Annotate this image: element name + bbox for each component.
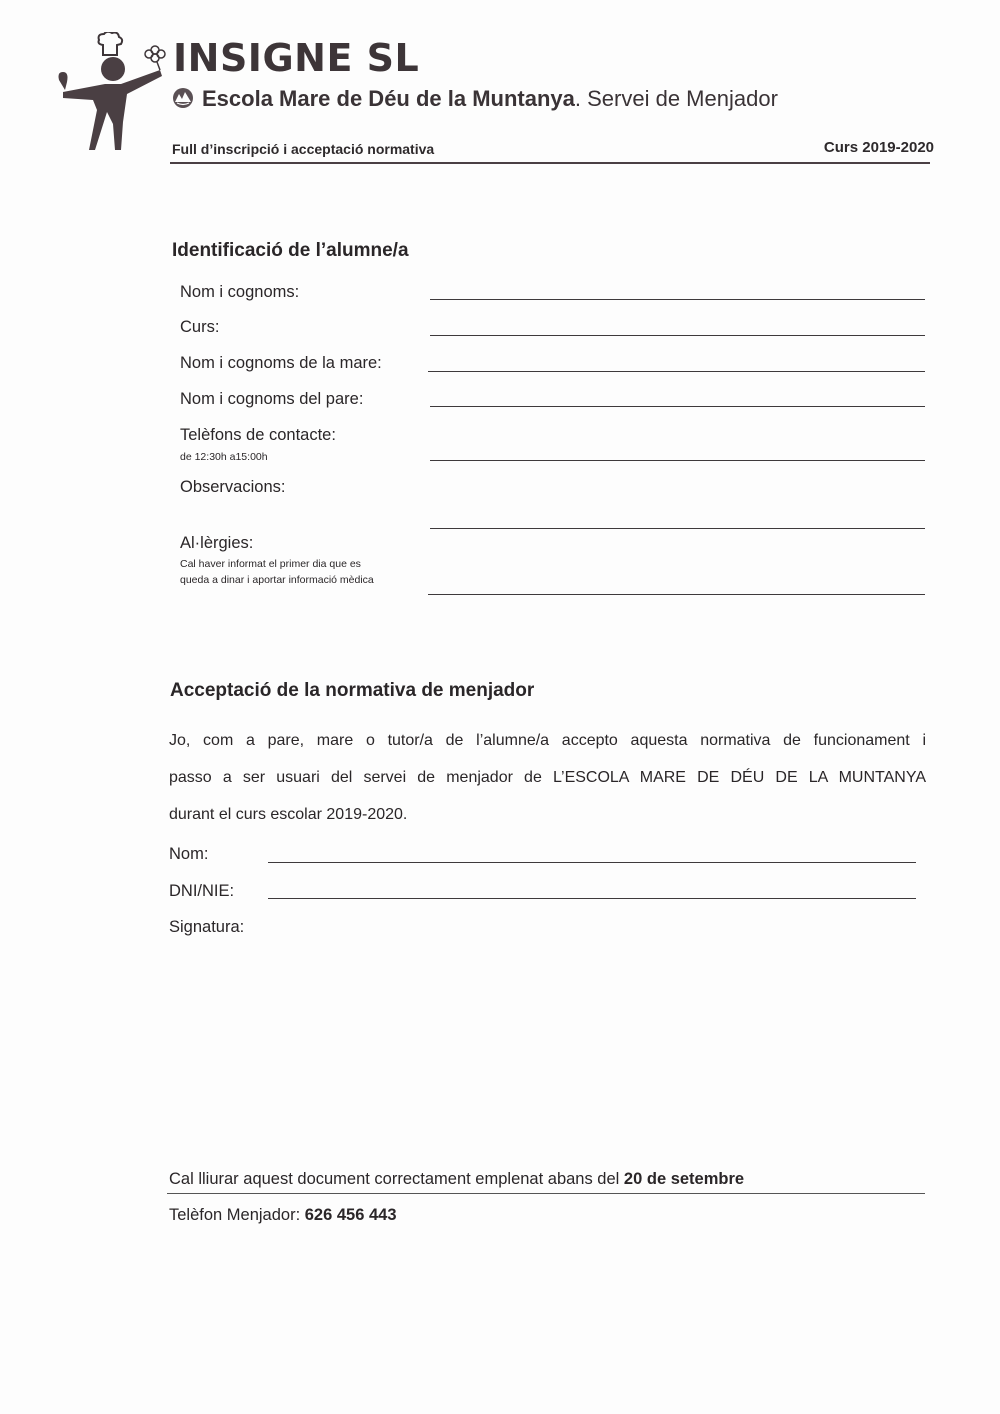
full-name-field[interactable] bbox=[430, 299, 925, 300]
phone-label: Telèfon Menjador: bbox=[169, 1206, 305, 1224]
field-label-contact-phones: Telèfons de contacte: bbox=[180, 426, 336, 445]
allergies-note-line1: Cal haver informat el primer dia que es bbox=[180, 556, 361, 572]
service-name: . Servei de Menjador bbox=[575, 86, 778, 111]
student-section-title: Identificació de l’alumne/a bbox=[172, 240, 409, 262]
field-label-signature: Signatura: bbox=[169, 918, 244, 937]
footer-divider bbox=[167, 1193, 925, 1194]
allergies-field[interactable] bbox=[428, 594, 925, 595]
field-label-name: Nom: bbox=[169, 845, 208, 864]
field-label-dni: DNI/NIE: bbox=[169, 882, 234, 901]
allergies-note-line2: queda a dinar i aportar informació mèdic… bbox=[180, 572, 374, 588]
contact-hours-note: de 12:30h a15:00h bbox=[180, 449, 268, 465]
deadline-notice: Cal lliurar aquest document correctament… bbox=[169, 1170, 744, 1189]
acceptance-paragraph-line1: Jo, com a pare, mare o tutor/a de l’alum… bbox=[169, 732, 926, 750]
father-name-field[interactable] bbox=[430, 406, 925, 407]
field-label-observations: Observacions: bbox=[180, 478, 285, 497]
observations-field[interactable] bbox=[430, 528, 925, 529]
deadline-date: 20 de setembre bbox=[624, 1170, 744, 1188]
field-label-course: Curs: bbox=[180, 318, 219, 337]
course-field[interactable] bbox=[430, 335, 925, 336]
dni-field[interactable] bbox=[268, 898, 916, 899]
phone-number: 626 456 443 bbox=[305, 1206, 397, 1224]
field-label-father-name: Nom i cognoms del pare: bbox=[180, 390, 363, 409]
canteen-phone: Telèfon Menjador: 626 456 443 bbox=[169, 1206, 397, 1225]
deadline-text: Cal lliurar aquest document correctament… bbox=[169, 1170, 624, 1188]
mother-name-field[interactable] bbox=[428, 371, 925, 372]
signature-area[interactable] bbox=[268, 940, 916, 1090]
signer-name-field[interactable] bbox=[268, 862, 916, 863]
acceptance-paragraph-line2: passo a ser usuari del servei de menjado… bbox=[169, 769, 926, 787]
company-brand: INSIGNE SL bbox=[173, 36, 419, 80]
acceptance-paragraph-line3: durant el curs escolar 2019-2020. bbox=[169, 806, 926, 824]
mountain-emblem-icon bbox=[172, 87, 194, 109]
chef-figure-logo bbox=[55, 32, 170, 152]
school-name: Escola Mare de Déu de la Muntanya bbox=[202, 86, 575, 111]
document-title: Full d’inscripció i acceptació normativa bbox=[172, 141, 434, 157]
course-year: Curs 2019-2020 bbox=[824, 139, 934, 156]
school-line: Escola Mare de Déu de la Muntanya. Serve… bbox=[172, 86, 778, 112]
field-label-full-name: Nom i cognoms: bbox=[180, 283, 299, 302]
acceptance-section-title: Acceptació de la normativa de menjador bbox=[170, 680, 534, 702]
contact-phones-field[interactable] bbox=[430, 460, 925, 461]
field-label-allergies: Al·lèrgies: bbox=[180, 534, 253, 553]
field-label-mother-name: Nom i cognoms de la mare: bbox=[180, 354, 382, 373]
